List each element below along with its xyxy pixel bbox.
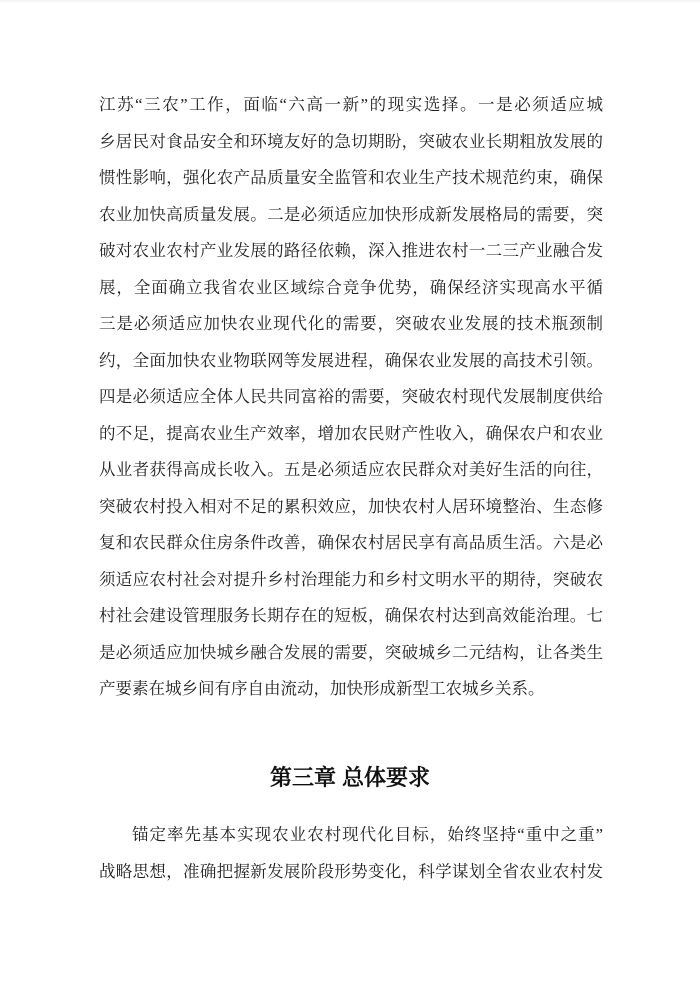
text-line: 村社会建设管理服务长期存在的短板，确保农村达到高效能治理。七	[99, 598, 603, 635]
text-line: 农业加快高质量发展。二是必须适应加快形成新发展格局的需要，突	[99, 197, 603, 234]
text-line: 锚定率先基本实现农业农村现代化目标，始终坚持“重中之重”	[99, 817, 603, 854]
paragraph-continuation: 江苏“三农”工作，面临“六高一新”的现实选择。一是必须适应城 乡居民对食品安全和…	[99, 87, 603, 708]
text-line: 惯性影响，强化农产品质量安全监管和农业生产技术规范约束，确保	[99, 160, 603, 197]
text-line: 乡居民对食品安全和环境友好的急切期盼，突破农业长期粗放发展的	[99, 124, 603, 161]
text-line: 从业者获得高成长收入。五是必须适应农民群众对美好生活的向往，	[99, 452, 603, 489]
text-line: 是必须适应加快城乡融合发展的需要，突破城乡二元结构，让各类生	[99, 635, 603, 672]
text-line: 突破农村投入相对不足的累积效应，加快农村人居环境整治、生态修	[99, 489, 603, 526]
text-line: 破对农业农村产业发展的路径依赖，深入推进农村一二三产业融合发	[99, 233, 603, 270]
text-line: 展，全面确立我省农业区域综合竞争优势，确保经济实现高水平循环。	[99, 270, 603, 307]
chapter-heading: 第三章 总体要求	[0, 764, 700, 792]
text-line: 约，全面加快农业物联网等发展进程，确保农业发展的高技术引领。	[99, 343, 603, 380]
text-line: 江苏“三农”工作，面临“六高一新”的现实选择。一是必须适应城	[99, 87, 603, 124]
text-line: 战略思想，准确把握新发展阶段形势变化，科学谋划全省农业农村发	[99, 854, 603, 891]
text-line: 四是必须适应全体人民共同富裕的需要，突破农村现代发展制度供给	[99, 379, 603, 416]
text-line: 须适应农村社会对提升乡村治理能力和乡村文明水平的期待，突破农	[99, 562, 603, 599]
document-page: 江苏“三农”工作，面临“六高一新”的现实选择。一是必须适应城 乡居民对食品安全和…	[0, 0, 700, 990]
text-line: 三是必须适应加快农业现代化的需要，突破农业发展的技术瓶颈制	[99, 306, 603, 343]
text-line: 产要素在城乡间有序自由流动，加快形成新型工农城乡关系。	[99, 671, 603, 708]
text-line: 的不足，提高农业生产效率，增加农民财产性收入，确保农户和农业	[99, 416, 603, 453]
text-line: 复和农民群众住房条件改善，确保农村居民享有高品质生活。六是必	[99, 525, 603, 562]
paragraph-opening: 锚定率先基本实现农业农村现代化目标，始终坚持“重中之重” 战略思想，准确把握新发…	[99, 817, 603, 890]
